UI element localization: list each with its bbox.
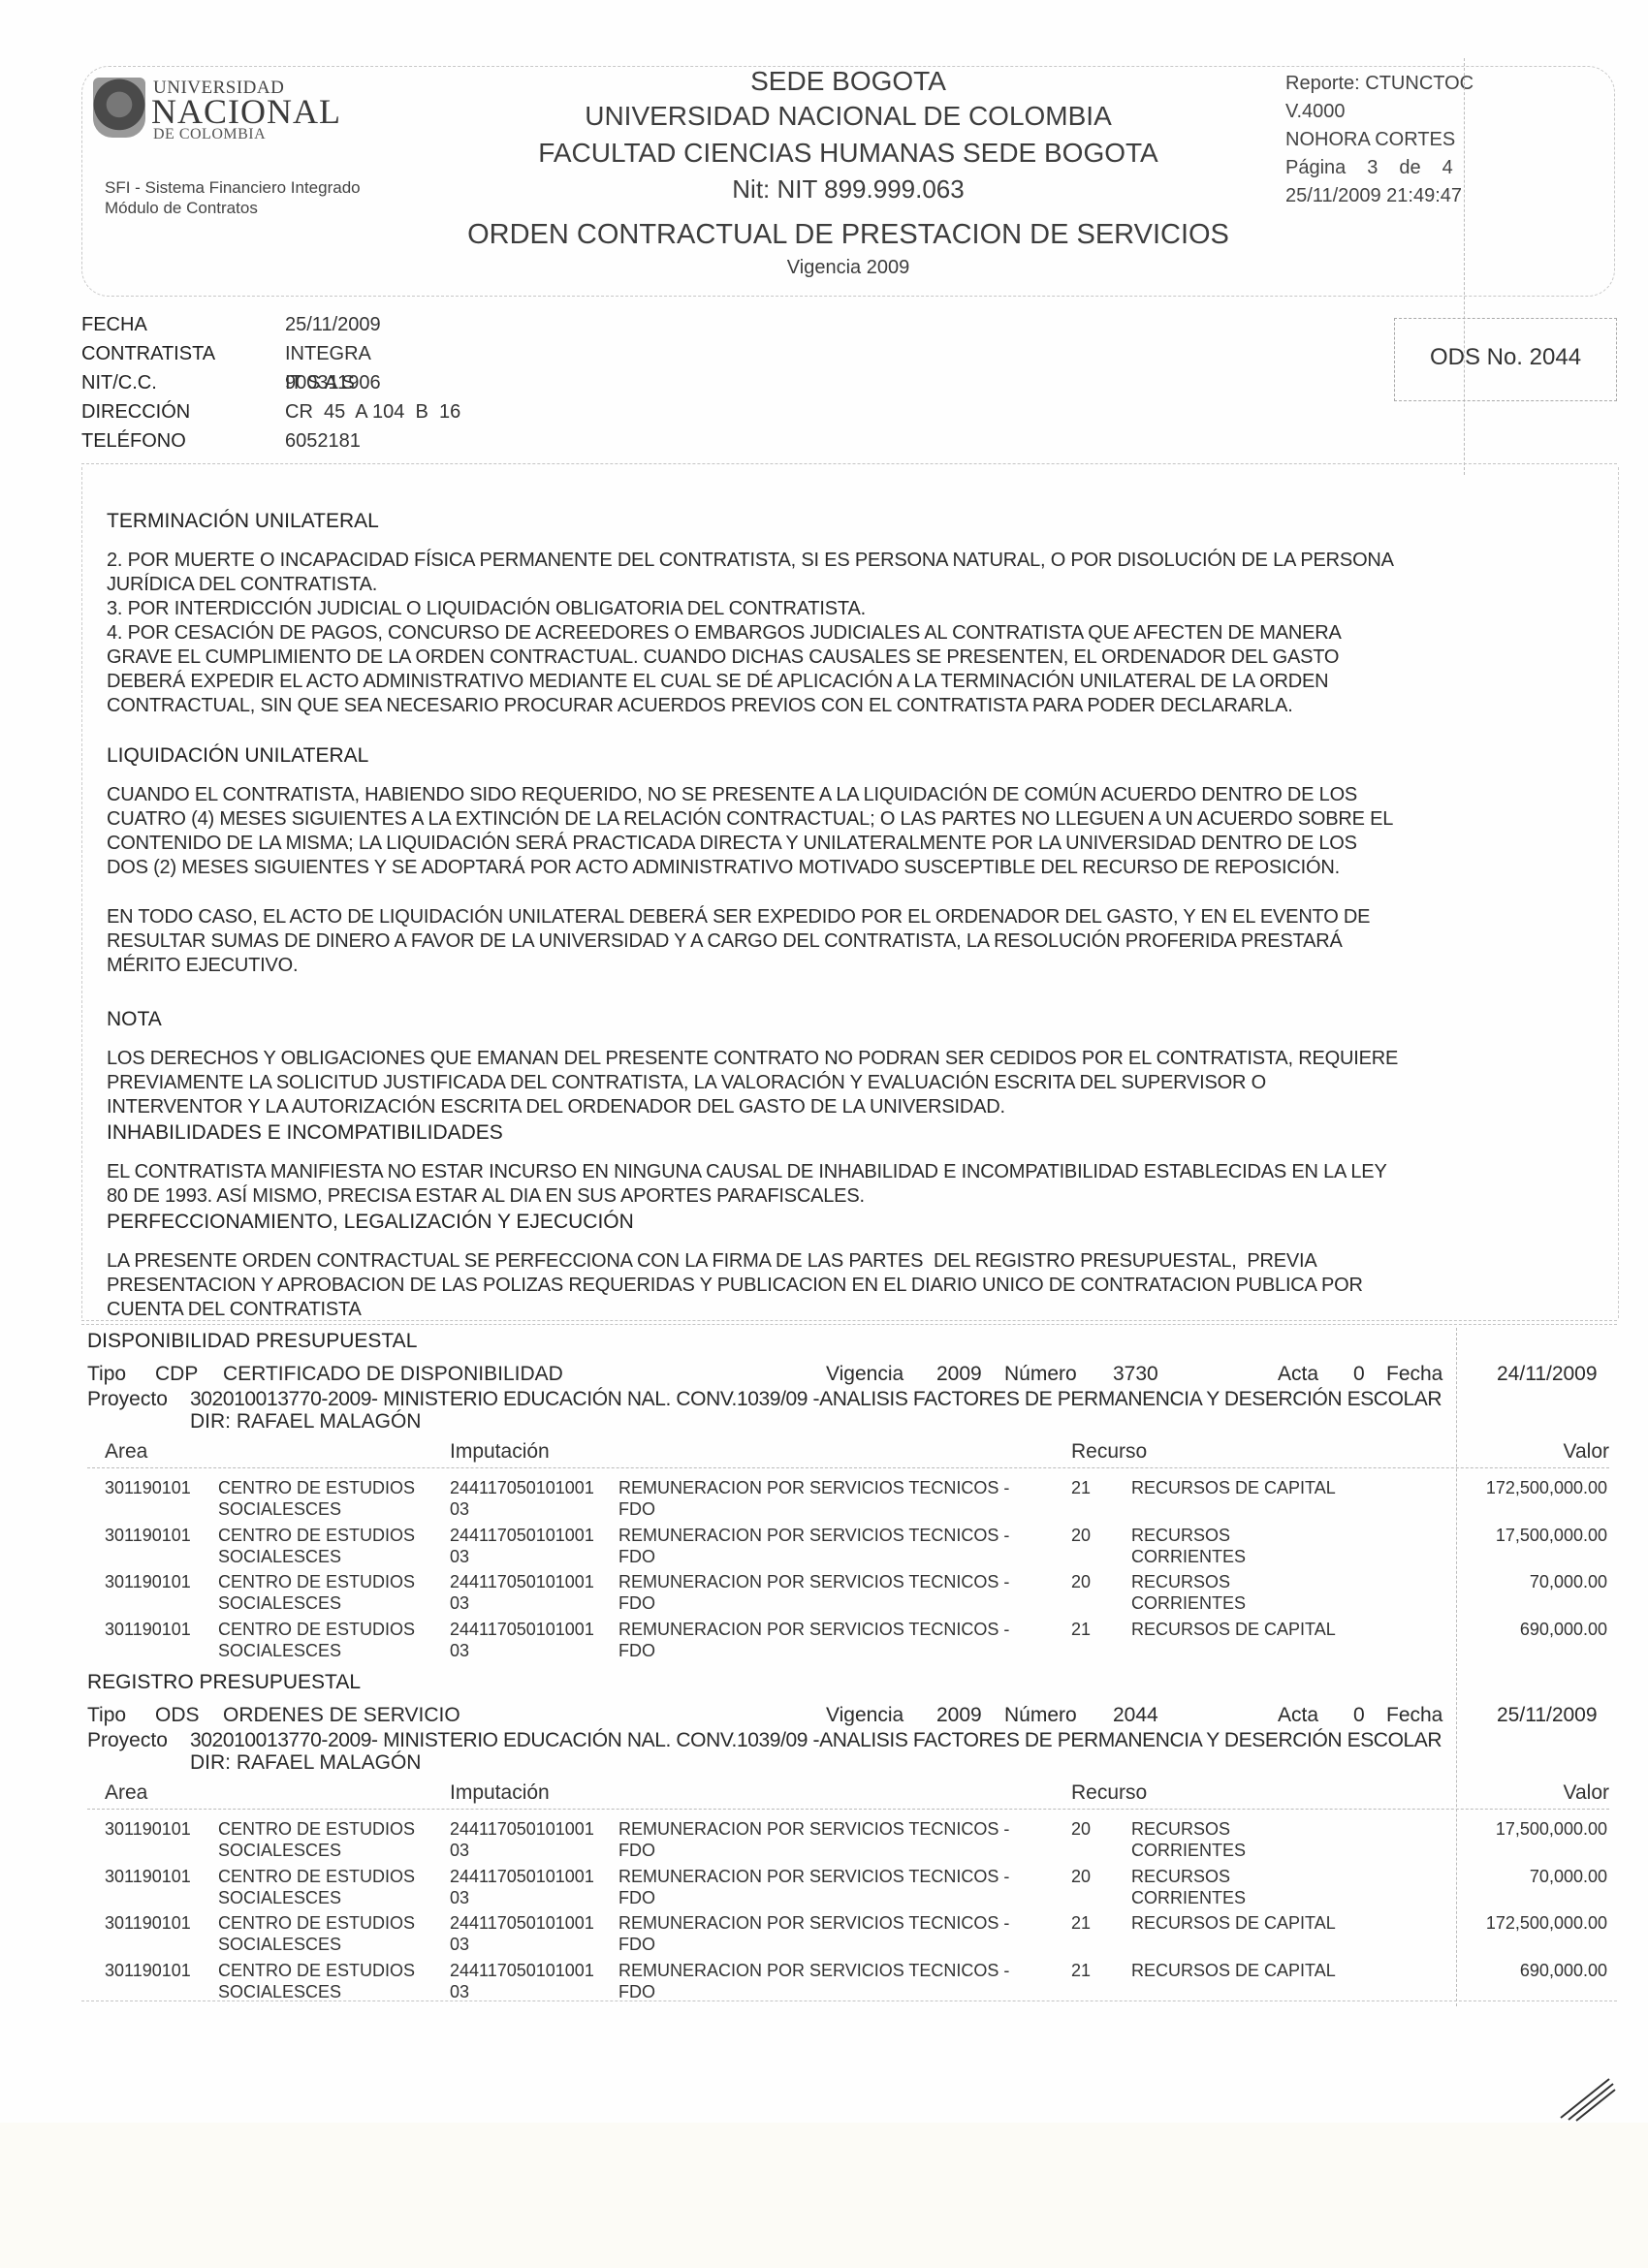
- recurso-desc: RECURSOSCORRIENTES: [1131, 1866, 1246, 1908]
- valor: 690,000.00: [1520, 1619, 1607, 1640]
- col-area: Area: [105, 1781, 147, 1805]
- recurso-code: 20: [1071, 1571, 1091, 1592]
- area-code: 301190101: [105, 1571, 191, 1592]
- acta-label: Acta: [1278, 1704, 1318, 1727]
- budget-disponibilidad-director-row: DIR: RAFAEL MALAGÓN: [87, 1410, 1619, 1435]
- area-desc: CENTRO DE ESTUDIOSSOCIALESCES: [218, 1525, 415, 1567]
- recurso-desc: RECURSOS DE CAPITAL: [1131, 1619, 1336, 1640]
- text-line: DOS (2) MESES SIGUIENTES Y SE ADOPTARÁ P…: [107, 856, 1600, 880]
- imputacion-desc: REMUNERACION POR SERVICIOS TECNICOS -FDO: [618, 1619, 1009, 1661]
- recurso-desc: RECURSOSCORRIENTES: [1131, 1525, 1246, 1567]
- text-line: GRAVE EL CUMPLIMIENTO DE LA ORDEN CONTRA…: [107, 646, 1600, 670]
- imputacion-desc: REMUNERACION POR SERVICIOS TECNICOS -FDO: [618, 1525, 1009, 1567]
- section-title: TERMINACIÓN UNILATERAL: [107, 510, 1600, 533]
- field-label-nit: NIT/C.C.: [81, 368, 275, 397]
- area-code: 301190101: [105, 1525, 191, 1546]
- field-value-nit: 900311906: [285, 368, 381, 397]
- area-code: 301190101: [105, 1960, 191, 1981]
- title-faculty: FACULTAD CIENCIAS HUMANAS SEDE BOGOTA: [465, 138, 1231, 169]
- section-liquidacion: LIQUIDACIÓN UNILATERAL CUANDO EL CONTRAT…: [107, 744, 1600, 978]
- section-body: 2. POR MUERTE O INCAPACIDAD FÍSICA PERMA…: [107, 549, 1600, 718]
- text-line: CUENTA DEL CONTRATISTA: [107, 1298, 1600, 1322]
- section-body: LOS DERECHOS Y OBLIGACIONES QUE EMANAN D…: [107, 1047, 1600, 1119]
- numero-label: Número: [1004, 1704, 1077, 1727]
- budget-registro-table: Area Imputación Recurso Valor 301190101 …: [87, 1780, 1609, 1983]
- text-line: JURÍDICA DEL CONTRATISTA.: [107, 573, 1600, 597]
- valor: 690,000.00: [1520, 1960, 1607, 1981]
- text-line: 80 DE 1993. ASÍ MISMO, PRECISA ESTAR AL …: [107, 1184, 1600, 1209]
- valor: 172,500,000.00: [1486, 1912, 1607, 1934]
- recurso-code: 21: [1071, 1477, 1091, 1498]
- divider: [81, 1320, 1617, 1321]
- vigencia-label: Vigencia: [826, 1704, 903, 1727]
- text-line: 2. POR MUERTE O INCAPACIDAD FÍSICA PERMA…: [107, 549, 1600, 573]
- imputacion-code: 24411705010100103: [450, 1912, 594, 1955]
- recurso-desc: RECURSOS DE CAPITAL: [1131, 1912, 1336, 1934]
- title-order-type: ORDEN CONTRACTUAL DE PRESTACION DE SERVI…: [465, 219, 1231, 251]
- section-body-inhabilidades: EL CONTRATISTA MANIFIESTA NO ESTAR INCUR…: [107, 1160, 1600, 1209]
- section-title-inhabilidades: INHABILIDADES E INCOMPATIBILIDADES: [107, 1121, 1600, 1145]
- budget-registro-director-row: DIR: RAFAEL MALAGÓN: [87, 1751, 1619, 1777]
- area-code: 301190101: [105, 1866, 191, 1887]
- proyecto-director: DIR: RAFAEL MALAGÓN: [190, 1751, 421, 1775]
- signature-mark-icon: [1551, 2074, 1619, 2123]
- vigencia-label: Vigencia: [826, 1363, 903, 1386]
- module-name: Módulo de Contratos: [105, 199, 258, 218]
- recurso-code: 21: [1071, 1619, 1091, 1640]
- imputacion-code: 24411705010100103: [450, 1571, 594, 1614]
- acta-label: Acta: [1278, 1363, 1318, 1386]
- text-line: CONTENIDO DE LA MISMA; LA LIQUIDACIÓN SE…: [107, 832, 1600, 856]
- tipo-desc: CERTIFICADO DE DISPONIBILIDAD: [223, 1363, 563, 1386]
- fecha-value: 24/11/2009: [1497, 1363, 1598, 1386]
- logo-line-3: DE COLOMBIA: [153, 126, 266, 143]
- report-user: NOHORA CORTES: [1285, 126, 1474, 154]
- report-code: Reporte: CTUNCTOC: [1285, 70, 1474, 98]
- text-line: LA PRESENTE ORDEN CONTRACTUAL SE PERFECC…: [107, 1249, 1600, 1274]
- section-body: CUANDO EL CONTRATISTA, HABIENDO SIDO REQ…: [107, 783, 1600, 880]
- text-line: PREVIAMENTE LA SOLICITUD JUSTIFICADA DEL…: [107, 1071, 1600, 1095]
- section-title: NOTA: [107, 1008, 1600, 1031]
- valor: 17,500,000.00: [1496, 1525, 1607, 1546]
- divider: [81, 463, 1617, 464]
- recurso-desc: RECURSOS DE CAPITAL: [1131, 1960, 1336, 1981]
- text-line: LOS DERECHOS Y OBLIGACIONES QUE EMANAN D…: [107, 1047, 1600, 1071]
- imputacion-code: 24411705010100103: [450, 1619, 594, 1661]
- valor: 70,000.00: [1530, 1866, 1607, 1887]
- text-line: CUANDO EL CONTRATISTA, HABIENDO SIDO REQ…: [107, 783, 1600, 807]
- vigencia-value: 2009: [936, 1704, 982, 1727]
- area-desc: CENTRO DE ESTUDIOSSOCIALESCES: [218, 1818, 415, 1861]
- tipo-label: Tipo: [87, 1704, 126, 1727]
- col-area: Area: [105, 1440, 147, 1464]
- numero-value: 2044: [1113, 1704, 1158, 1727]
- field-value-fecha: 25/11/2009: [285, 310, 381, 339]
- section-terminacion: TERMINACIÓN UNILATERAL 2. POR MUERTE O I…: [107, 510, 1600, 718]
- acta-value: 0: [1353, 1363, 1365, 1386]
- field-label-contratista: CONTRATISTA: [81, 339, 275, 368]
- area-code: 301190101: [105, 1818, 191, 1840]
- recurso-code: 20: [1071, 1525, 1091, 1546]
- scan-fold-line: [1464, 58, 1465, 475]
- ods-number: ODS No. 2044: [1395, 344, 1616, 371]
- title-nit: Nit: NIT 899.999.063: [465, 174, 1231, 205]
- text-line: RESULTAR SUMAS DE DINERO A FAVOR DE LA U…: [107, 929, 1600, 954]
- numero-value: 3730: [1113, 1363, 1158, 1386]
- recurso-desc: RECURSOSCORRIENTES: [1131, 1818, 1246, 1861]
- imputacion-desc: REMUNERACION POR SERVICIOS TECNICOS -FDO: [618, 1477, 1009, 1520]
- area-code: 301190101: [105, 1477, 191, 1498]
- imputacion-code: 24411705010100103: [450, 1960, 594, 2002]
- text-line: PRESENTACION Y APROBACION DE LAS POLIZAS…: [107, 1274, 1600, 1298]
- ods-number-box: ODS No. 2044: [1394, 318, 1617, 401]
- crest-icon: [93, 78, 145, 138]
- budget-registro-tipo-row: Tipo ODS ORDENES DE SERVICIO Vigencia 20…: [87, 1704, 1619, 1729]
- recurso-code: 20: [1071, 1866, 1091, 1887]
- valor: 17,500,000.00: [1496, 1818, 1607, 1840]
- report-datetime: 25/11/2009 21:49:47: [1285, 182, 1474, 210]
- field-value-telefono: 6052181: [285, 426, 361, 456]
- field-label-direccion: DIRECCIÓN: [81, 397, 275, 426]
- text-line: MÉRITO EJECUTIVO.: [107, 954, 1600, 978]
- proyecto-label: Proyecto: [87, 1388, 168, 1411]
- divider: [81, 1324, 1617, 1325]
- title-sede: SEDE BOGOTA: [465, 66, 1231, 97]
- tipo-code: ODS: [155, 1704, 200, 1727]
- budget-registro-title: REGISTRO PRESUPUESTAL: [87, 1671, 361, 1694]
- imputacion-desc: REMUNERACION POR SERVICIOS TECNICOS -FDO: [618, 1818, 1009, 1861]
- divider: [81, 2000, 1617, 2001]
- area-code: 301190101: [105, 1619, 191, 1640]
- imputacion-desc: REMUNERACION POR SERVICIOS TECNICOS -FDO: [618, 1571, 1009, 1614]
- imputacion-code: 24411705010100103: [450, 1477, 594, 1520]
- recurso-code: 21: [1071, 1960, 1091, 1981]
- field-value-direccion: CR 45 A 104 B 16: [285, 397, 460, 426]
- table-header: Area Imputación Recurso Valor: [87, 1438, 1609, 1468]
- page-total: 4: [1442, 157, 1453, 178]
- section-nota: NOTA LOS DERECHOS Y OBLIGACIONES QUE EMA…: [107, 1008, 1600, 1322]
- report-version: V.4000: [1285, 98, 1474, 126]
- table-header: Area Imputación Recurso Valor: [87, 1780, 1609, 1810]
- table-row: 301190101 CENTRO DE ESTUDIOSSOCIALESCES …: [87, 1571, 1609, 1618]
- text-line: EL CONTRATISTA MANIFIESTA NO ESTAR INCUR…: [107, 1160, 1600, 1184]
- col-recurso: Recurso: [1071, 1781, 1147, 1805]
- col-imputacion: Imputación: [450, 1781, 550, 1805]
- budget-disponibilidad-title: DISPONIBILIDAD PRESUPUESTAL: [87, 1330, 417, 1353]
- text-line: CUATRO (4) MESES SIGUIENTES A LA EXTINCI…: [107, 807, 1600, 832]
- section-title: LIQUIDACIÓN UNILATERAL: [107, 744, 1600, 768]
- title-university: UNIVERSIDAD NACIONAL DE COLOMBIA: [465, 101, 1231, 132]
- proyecto-director: DIR: RAFAEL MALAGÓN: [190, 1410, 421, 1433]
- page-label: Página: [1285, 157, 1346, 178]
- imputacion-desc: REMUNERACION POR SERVICIOS TECNICOS -FDO: [618, 1866, 1009, 1908]
- numero-label: Número: [1004, 1363, 1077, 1386]
- system-name: SFI - Sistema Financiero Integrado: [105, 178, 361, 198]
- table-row: 301190101 CENTRO DE ESTUDIOSSOCIALESCES …: [87, 1912, 1609, 1959]
- page-indicator: Página3de4: [1285, 154, 1474, 182]
- text-line: EN TODO CASO, EL ACTO DE LIQUIDACIÓN UNI…: [107, 905, 1600, 929]
- recurso-desc: RECURSOS DE CAPITAL: [1131, 1477, 1336, 1498]
- table-row: 301190101 CENTRO DE ESTUDIOSSOCIALESCES …: [87, 1866, 1609, 1912]
- section-title-perfeccionamiento: PERFECCIONAMIENTO, LEGALIZACIÓN Y EJECUC…: [107, 1211, 1600, 1234]
- proyecto-value: 302010013770-2009- MINISTERIO EDUCACIÓN …: [190, 1729, 1442, 1752]
- text-line: 3. POR INTERDICCIÓN JUDICIAL O LIQUIDACI…: [107, 597, 1600, 621]
- vigencia-value: 2009: [936, 1363, 982, 1386]
- tipo-desc: ORDENES DE SERVICIO: [223, 1704, 460, 1727]
- university-logo: UNIVERSIDAD NACIONAL DE COLOMBIA: [93, 78, 326, 145]
- recurso-code: 20: [1071, 1818, 1091, 1840]
- section-body-perfeccionamiento: LA PRESENTE ORDEN CONTRACTUAL SE PERFECC…: [107, 1249, 1600, 1322]
- table-row: 301190101 CENTRO DE ESTUDIOSSOCIALESCES …: [87, 1525, 1609, 1571]
- title-vigencia: Vigencia 2009: [465, 257, 1231, 279]
- table-row: 301190101 CENTRO DE ESTUDIOSSOCIALESCES …: [87, 1960, 1609, 2006]
- scan-fold-line: [1456, 1328, 1457, 2006]
- valor: 70,000.00: [1530, 1571, 1607, 1592]
- col-imputacion: Imputación: [450, 1440, 550, 1464]
- tipo-code: CDP: [155, 1363, 198, 1386]
- imputacion-desc: REMUNERACION POR SERVICIOS TECNICOS -FDO: [618, 1912, 1009, 1955]
- area-code: 301190101: [105, 1912, 191, 1934]
- page-current: 3: [1367, 157, 1378, 178]
- proyecto-value: 302010013770-2009- MINISTERIO EDUCACIÓN …: [190, 1388, 1442, 1411]
- recurso-code: 21: [1071, 1912, 1091, 1934]
- valor: 172,500,000.00: [1486, 1477, 1607, 1498]
- budget-disponibilidad-table: Area Imputación Recurso Valor 301190101 …: [87, 1438, 1609, 1642]
- acta-value: 0: [1353, 1704, 1365, 1727]
- imputacion-code: 24411705010100103: [450, 1818, 594, 1861]
- imputacion-code: 24411705010100103: [450, 1866, 594, 1908]
- recurso-desc: RECURSOSCORRIENTES: [1131, 1571, 1246, 1614]
- area-desc: CENTRO DE ESTUDIOSSOCIALESCES: [218, 1960, 415, 2002]
- page-of: de: [1399, 157, 1420, 178]
- area-desc: CENTRO DE ESTUDIOSSOCIALESCES: [218, 1866, 415, 1908]
- text-line: DEBERÁ EXPEDIR EL ACTO ADMINISTRATIVO ME…: [107, 670, 1600, 694]
- table-row: 301190101 CENTRO DE ESTUDIOSSOCIALESCES …: [87, 1477, 1609, 1524]
- imputacion-desc: REMUNERACION POR SERVICIOS TECNICOS -FDO: [618, 1960, 1009, 2002]
- area-desc: CENTRO DE ESTUDIOSSOCIALESCES: [218, 1912, 415, 1955]
- table-row: 301190101 CENTRO DE ESTUDIOSSOCIALESCES …: [87, 1619, 1609, 1665]
- section-body-2: EN TODO CASO, EL ACTO DE LIQUIDACIÓN UNI…: [107, 905, 1600, 978]
- field-label-telefono: TELÉFONO: [81, 426, 275, 456]
- budget-disponibilidad-tipo-row: Tipo CDP CERTIFICADO DE DISPONIBILIDAD V…: [87, 1363, 1619, 1388]
- report-info: Reporte: CTUNCTOC V.4000 NOHORA CORTES P…: [1285, 70, 1474, 210]
- fecha-label: Fecha: [1386, 1704, 1442, 1727]
- area-desc: CENTRO DE ESTUDIOSSOCIALESCES: [218, 1477, 415, 1520]
- col-recurso: Recurso: [1071, 1440, 1147, 1464]
- text-line: CONTRACTUAL, SIN QUE SEA NECESARIO PROCU…: [107, 694, 1600, 718]
- scan-margin: [0, 2123, 1648, 2268]
- table-row: 301190101 CENTRO DE ESTUDIOSSOCIALESCES …: [87, 1818, 1609, 1865]
- area-desc: CENTRO DE ESTUDIOSSOCIALESCES: [218, 1619, 415, 1661]
- fecha-value: 25/11/2009: [1497, 1704, 1598, 1727]
- field-label-fecha: FECHA: [81, 310, 275, 339]
- col-valor: Valor: [1564, 1440, 1609, 1464]
- tipo-label: Tipo: [87, 1363, 126, 1386]
- text-line: 4. POR CESACIÓN DE PAGOS, CONCURSO DE AC…: [107, 621, 1600, 646]
- text-line: INTERVENTOR Y LA AUTORIZACIÓN ESCRITA DE…: [107, 1095, 1600, 1119]
- col-valor: Valor: [1564, 1781, 1609, 1805]
- proyecto-label: Proyecto: [87, 1729, 168, 1752]
- fecha-label: Fecha: [1386, 1363, 1442, 1386]
- area-desc: CENTRO DE ESTUDIOSSOCIALESCES: [218, 1571, 415, 1614]
- imputacion-code: 24411705010100103: [450, 1525, 594, 1567]
